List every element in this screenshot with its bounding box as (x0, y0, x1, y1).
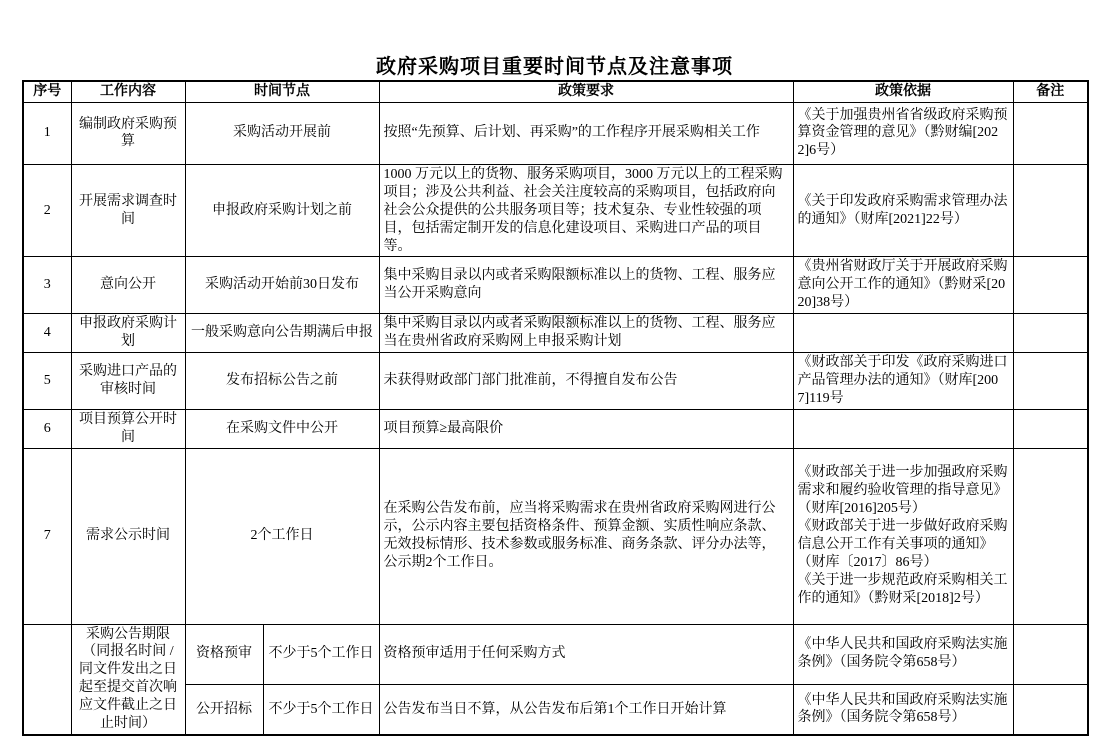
time-node-cell: 一般采购意向公告期满后申报 (185, 314, 379, 353)
policy-basis-cell: 《中华人民共和国政府采购法实施条例》（国务院令第658号） (793, 624, 1013, 685)
row-number: 7 (23, 448, 71, 624)
work-content-cell: 采购公告期限（同报名时间 / 同文件发出之日起至提交首次响应文件截止之日止时间） (71, 624, 185, 735)
row-number: 4 (23, 314, 71, 353)
time-node-cell: 发布招标公告之前 (185, 352, 379, 409)
policy-requirement-cell: 集中采购目录以内或者采购限额标准以上的货物、工程、服务应当公开采购意向 (379, 257, 793, 314)
col-header-basis: 政策依据 (793, 81, 1013, 102)
policy-requirement-cell: 按照“先预算、后计划、再采购”的工作程序开展采购相关工作 (379, 102, 793, 164)
duration-cell: 不少于5个工作日 (263, 685, 379, 735)
policy-requirement-cell: 在采购公告发布前，应当将采购需求在贵州省政府采购网进行公示，公示内容主要包括资格… (379, 448, 793, 624)
time-node-cell: 采购活动开始前30日发布 (185, 257, 379, 314)
col-header-node: 时间节点 (185, 81, 379, 102)
policy-basis-cell: 《关于印发政府采购需求管理办法的通知》（财库[2021]22号） (793, 164, 1013, 257)
policy-requirement-cell: 公告发布当日不算，从公告发布后第1个工作日开始计算 (379, 685, 793, 735)
policy-basis-cell (793, 314, 1013, 353)
policy-basis-cell: 《中华人民共和国政府采购法实施条例》（国务院令第658号） (793, 685, 1013, 735)
duration-cell: 不少于5个工作日 (263, 624, 379, 685)
policy-basis-cell: 《财政部关于进一步加强政府采购需求和履约验收管理的指导意见》（财库[2016]2… (793, 448, 1013, 624)
page-title: 政府采购项目重要时间节点及注意事项 (22, 50, 1087, 79)
policy-requirement-cell: 未获得财政部门部门批准前，不得擅自发布公告 (379, 352, 793, 409)
table-row: 1 编制政府采购预算 采购活动开展前 按照“先预算、后计划、再采购”的工作程序开… (23, 102, 1088, 164)
time-node-cell: 采购活动开展前 (185, 102, 379, 164)
policy-requirement-cell: 资格预审适用于任何采购方式 (379, 624, 793, 685)
remark-cell (1013, 102, 1088, 164)
work-content-cell: 申报政府采购计划 (71, 314, 185, 353)
row-number: 6 (23, 409, 71, 448)
remark-cell (1013, 257, 1088, 314)
document-page: 政府采购项目重要时间节点及注意事项 序号 工作内容 时间节点 政策要求 政策依据… (0, 0, 1101, 746)
table-row: 6 项目预算公开时间 在采购文件中公开 项目预算≥最高限价 (23, 409, 1088, 448)
policy-requirement-cell: 项目预算≥最高限价 (379, 409, 793, 448)
method-cell: 公开招标 (185, 685, 263, 735)
row-number: 3 (23, 257, 71, 314)
work-content-cell: 项目预算公开时间 (71, 409, 185, 448)
work-content-cell: 采购进口产品的审核时间 (71, 352, 185, 409)
remark-cell (1013, 624, 1088, 685)
remark-cell (1013, 409, 1088, 448)
table-row: 4 申报政府采购计划 一般采购意向公告期满后申报 集中采购目录以内或者采购限额标… (23, 314, 1088, 353)
col-header-num: 序号 (23, 81, 71, 102)
remark-cell (1013, 685, 1088, 735)
policy-basis-cell: 《关于加强贵州省省级政府采购预算资金管理的意见》（黔财编[2022]6号） (793, 102, 1013, 164)
row-number: 5 (23, 352, 71, 409)
remark-cell (1013, 448, 1088, 624)
remark-cell (1013, 352, 1088, 409)
header-row: 序号 工作内容 时间节点 政策要求 政策依据 备注 (23, 81, 1088, 102)
policy-requirement-cell: 集中采购目录以内或者采购限额标准以上的货物、工程、服务应当在贵州省政府采购网上申… (379, 314, 793, 353)
remark-cell (1013, 164, 1088, 257)
work-content-cell: 开展需求调查时间 (71, 164, 185, 257)
time-node-cell: 在采购文件中公开 (185, 409, 379, 448)
work-content-cell: 需求公示时间 (71, 448, 185, 624)
table-row: 2 开展需求调查时间 申报政府采购计划之前 1000 万元以上的货物、服务采购项… (23, 164, 1088, 257)
policy-basis-cell: 《贵州省财政厅关于开展政府采购意向公开工作的通知》（黔财采[2020]38号） (793, 257, 1013, 314)
procurement-timeline-table: 序号 工作内容 时间节点 政策要求 政策依据 备注 1 编制政府采购预算 采购活… (22, 80, 1089, 736)
remark-cell (1013, 314, 1088, 353)
row-number (23, 624, 71, 735)
policy-basis-cell (793, 409, 1013, 448)
method-cell: 资格预审 (185, 624, 263, 685)
row-number: 1 (23, 102, 71, 164)
table-row: 5 采购进口产品的审核时间 发布招标公告之前 未获得财政部门部门批准前，不得擅自… (23, 352, 1088, 409)
table-row: 采购公告期限（同报名时间 / 同文件发出之日起至提交首次响应文件截止之日止时间）… (23, 624, 1088, 685)
table-row: 7 需求公示时间 2个工作日 在采购公告发布前，应当将采购需求在贵州省政府采购网… (23, 448, 1088, 624)
policy-requirement-cell: 1000 万元以上的货物、服务采购项目，3000 万元以上的工程采购项目；涉及公… (379, 164, 793, 257)
work-content-cell: 编制政府采购预算 (71, 102, 185, 164)
policy-basis-cell: 《财政部关于印发《政府采购进口产品管理办法的通知》（财库[2007]119号 (793, 352, 1013, 409)
col-header-note: 备注 (1013, 81, 1088, 102)
col-header-req: 政策要求 (379, 81, 793, 102)
row-number: 2 (23, 164, 71, 257)
time-node-cell: 申报政府采购计划之前 (185, 164, 379, 257)
time-node-cell: 2个工作日 (185, 448, 379, 624)
table-row: 3 意向公开 采购活动开始前30日发布 集中采购目录以内或者采购限额标准以上的货… (23, 257, 1088, 314)
work-content-cell: 意向公开 (71, 257, 185, 314)
col-header-work: 工作内容 (71, 81, 185, 102)
